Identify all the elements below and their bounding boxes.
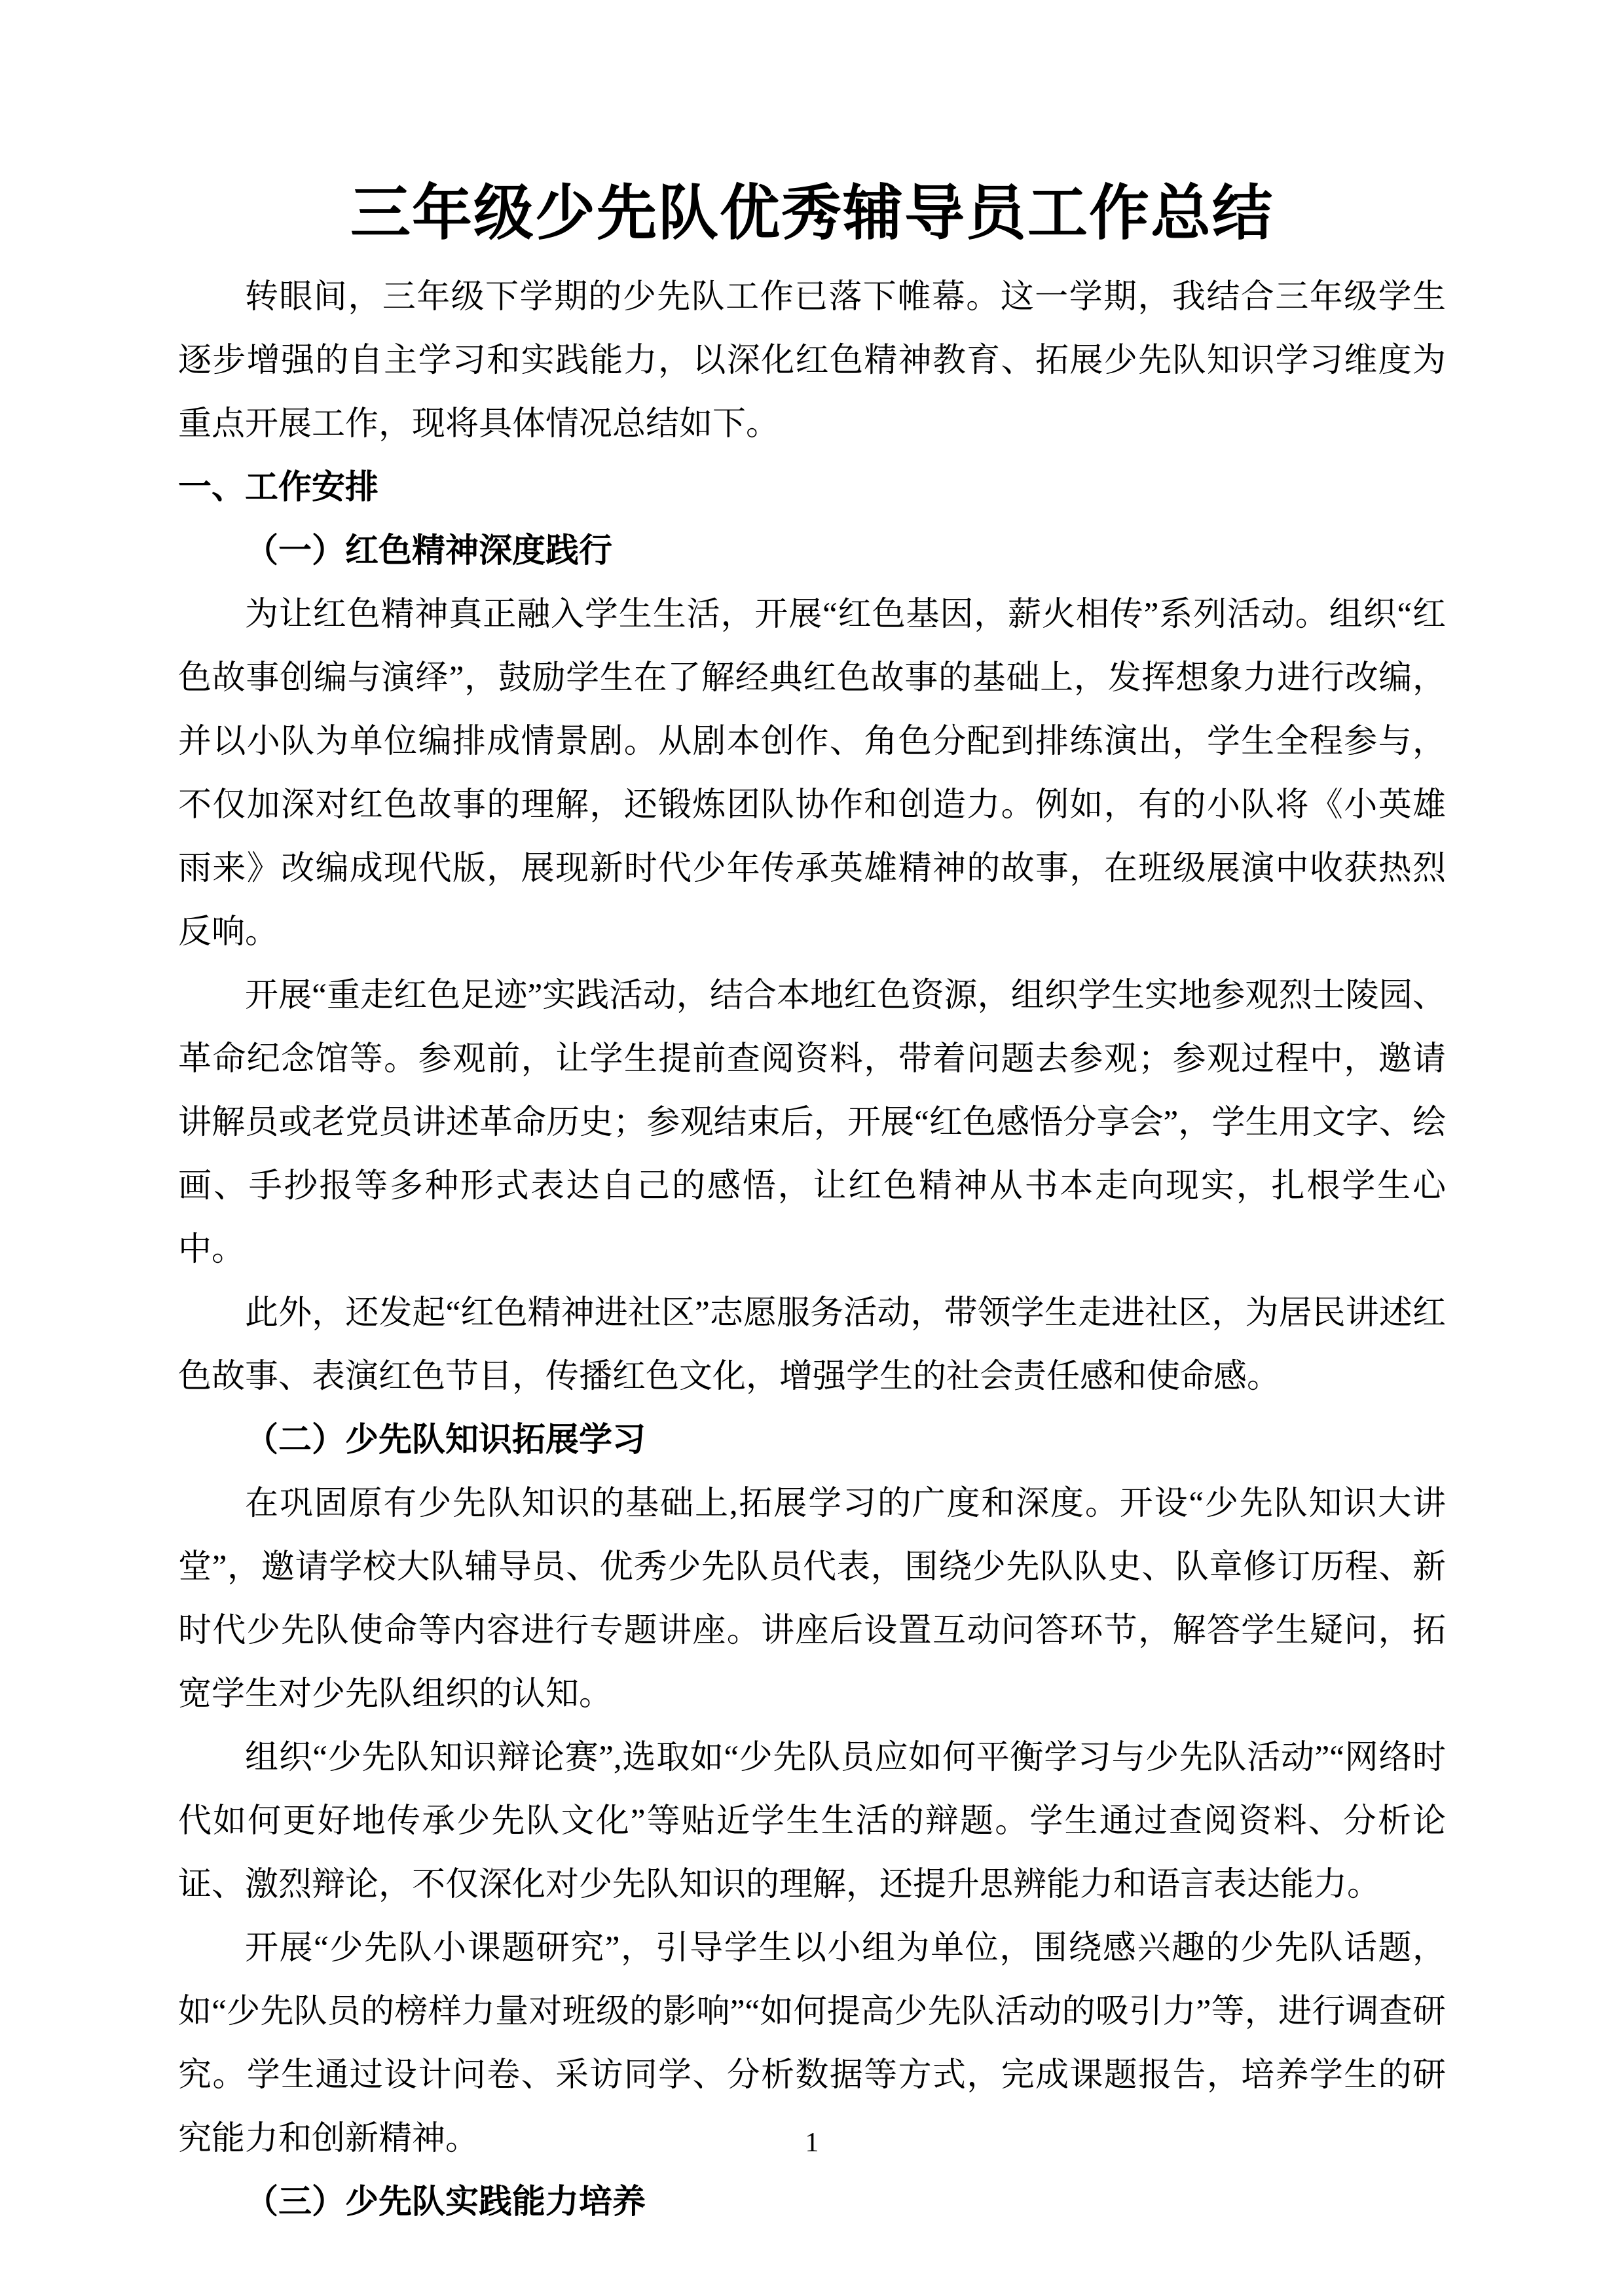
paragraph-knowledge-lecture-hall: 在巩固原有少先队知识的基础上,拓展学习的广度和深度。开设“少先队知识大讲堂”，邀… bbox=[178, 1472, 1446, 1726]
paragraph-knowledge-debate: 组织“少先队知识辩论赛”,选取如“少先队员应如何平衡学习与少先队活动”“网络时代… bbox=[178, 1726, 1446, 1917]
page-number: 1 bbox=[805, 2128, 819, 2158]
heading-knowledge-expansion: （二）少先队知识拓展学习 bbox=[178, 1409, 1446, 1472]
document-body: 三年级少先队优秀辅导员工作总结 转眼间，三年级下学期的少先队工作已落下帷幕。这一… bbox=[0, 0, 1624, 2234]
paragraph-red-gene-activities: 为让红色精神真正融入学生生活，开展“红色基因，薪火相传”系列活动。组织“红色故事… bbox=[178, 583, 1446, 964]
document-page: 三年级少先队优秀辅导员工作总结 转眼间，三年级下学期的少先队工作已落下帷幕。这一… bbox=[0, 0, 1624, 2296]
paragraph-intro: 转眼间，三年级下学期的少先队工作已落下帷幕。这一学期，我结合三年级学生逐步增强的… bbox=[178, 266, 1446, 456]
paragraph-red-footprints-practice: 开展“重走红色足迹”实践活动，结合本地红色资源，组织学生实地参观烈士陵园、革命纪… bbox=[178, 964, 1446, 1282]
heading-red-spirit-practice: （一）红色精神深度践行 bbox=[178, 520, 1446, 583]
paragraph-red-spirit-community: 此外，还发起“红色精神进社区”志愿服务活动，带领学生走进社区，为居民讲述红色故事… bbox=[178, 1282, 1446, 1409]
document-title: 三年级少先队优秀辅导员工作总结 bbox=[178, 169, 1446, 258]
page-footer: 1 bbox=[0, 2123, 1624, 2162]
heading-practice-ability: （三）少先队实践能力培养 bbox=[178, 2171, 1446, 2234]
heading-work-arrangement: 一、工作安排 bbox=[178, 456, 1446, 520]
